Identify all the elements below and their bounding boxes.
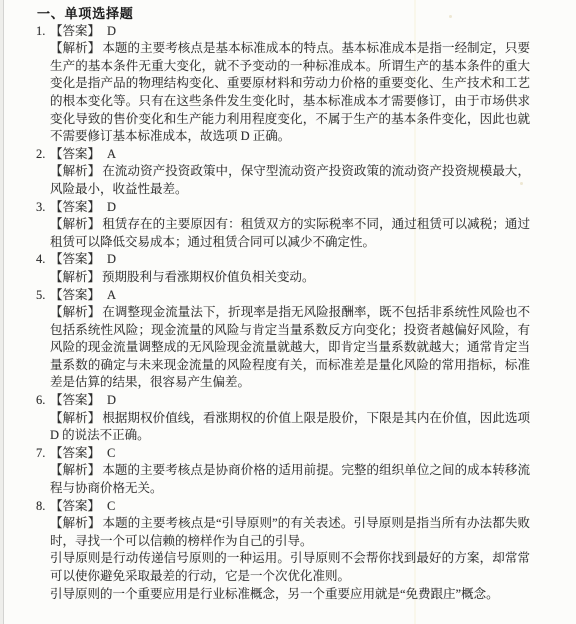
answer-item-6: 6.【答案】D 【解析】根据期权价值线，看涨期权的价值上限是股价，下限是其内在价… (50, 392, 530, 445)
answer-letter: D (107, 24, 116, 38)
document-content: 一、单项选择题 1.【答案】D 【解析】本题的主要考核点是基本标准成本的特点。基… (0, 0, 576, 603)
analysis-text: 预期股利与看涨期权价值负相关变动。 (102, 270, 315, 284)
analysis-label: 【解析】 (50, 41, 100, 55)
answer-item-3: 3.【答案】D 【解析】租赁存在的主要原因有：租赁双方的实际税率不同，通过租赁可… (50, 199, 530, 252)
answer-line: 5.【答案】A (50, 287, 530, 305)
analysis-paragraph: 【解析】预期股利与看涨期权价值负相关变动。 (50, 269, 530, 287)
item-number: 2. (36, 146, 45, 164)
answer-line: 6.【答案】D (50, 392, 530, 410)
item-number: 8. (36, 498, 45, 516)
item-number: 7. (36, 445, 45, 463)
answer-label: 【答案】 (50, 288, 100, 302)
analysis-paragraph: 【解析】本题的主要考核点是协商价格的适用前提。完整的组织单位之间的成本转移流程与… (50, 462, 530, 497)
answer-letter: A (107, 288, 116, 302)
item-number: 4. (36, 251, 45, 269)
answer-item-2: 2.【答案】A 【解析】在流动资产投资政策中，保守型流动资产投资政策的流动资产投… (50, 146, 530, 199)
analysis-text: 在流动资产投资政策中，保守型流动资产投资政策的流动资产投资规模最大，风险最小，收… (50, 164, 530, 196)
answer-label: 【答案】 (50, 252, 100, 266)
answer-letter: C (107, 446, 115, 460)
analysis-paragraph: 引导原则的一个重要应用是行业标准概念，另一个重要应用就是“免费跟庄”概念。 (50, 586, 530, 604)
analysis-label: 【解析】 (50, 411, 100, 425)
answer-letter: D (107, 252, 116, 266)
analysis-label: 【解析】 (50, 270, 100, 284)
analysis-label: 【解析】 (50, 305, 100, 319)
answer-letter: C (107, 499, 115, 513)
analysis-paragraph: 引导原则是行动传递信号原则的一种运用。引导原则不会帮你找到最好的方案，却常常可以… (50, 550, 530, 585)
item-number: 5. (36, 287, 45, 305)
answer-line: 2.【答案】A (50, 146, 530, 164)
analysis-label: 【解析】 (50, 217, 100, 231)
answer-line: 8.【答案】C (50, 498, 530, 516)
analysis-text: 引导原则的一个重要应用是行业标准概念，另一个重要应用就是“免费跟庄”概念。 (50, 587, 499, 601)
analysis-text: 本题的主要考核点是“引导原则”的有关表述。引导原则是指当所有办法都失败时，寻找一… (50, 516, 530, 548)
analysis-paragraph: 【解析】本题的主要考核点是“引导原则”的有关表述。引导原则是指当所有办法都失败时… (50, 515, 530, 550)
analysis-label: 【解析】 (50, 516, 100, 530)
analysis-paragraph: 【解析】在调整现金流量法下，折现率是指无风险报酬率，既不包括非系统性风险也不包括… (50, 304, 530, 392)
analysis-paragraph: 【解析】本题的主要考核点是基本标准成本的特点。基本标准成本是指一经制定，只要生产… (50, 40, 530, 146)
analysis-text: 本题的主要考核点是基本标准成本的特点。基本标准成本是指一经制定，只要生产的基本条… (50, 41, 530, 143)
scanned-answer-page: 一、单项选择题 1.【答案】D 【解析】本题的主要考核点是基本标准成本的特点。基… (0, 0, 576, 624)
answer-item-1: 1.【答案】D 【解析】本题的主要考核点是基本标准成本的特点。基本标准成本是指一… (50, 23, 530, 146)
answer-line: 4.【答案】D (50, 251, 530, 269)
answer-item-5: 5.【答案】A 【解析】在调整现金流量法下，折现率是指无风险报酬率，既不包括非系… (50, 287, 530, 393)
analysis-text: 租赁存在的主要原因有：租赁双方的实际税率不同，通过租赁可以减税；通过租赁可以降低… (50, 217, 530, 249)
analysis-label: 【解析】 (50, 164, 100, 178)
analysis-text: 在调整现金流量法下，折现率是指无风险报酬率，既不包括非系统性风险也不包括系统性风… (50, 305, 530, 389)
analysis-paragraph: 【解析】根据期权价值线，看涨期权的价值上限是股价，下限是其内在价值，因此选项 D… (50, 410, 530, 445)
analysis-text: 引导原则是行动传递信号原则的一种运用。引导原则不会帮你找到最好的方案，却常常可以… (50, 551, 530, 583)
analysis-text: 根据期权价值线，看涨期权的价值上限是股价，下限是其内在价值，因此选项 D 的说法… (50, 411, 530, 443)
answer-letter: D (107, 200, 116, 214)
analysis-paragraph: 【解析】租赁存在的主要原因有：租赁双方的实际税率不同，通过租赁可以减税；通过租赁… (50, 216, 530, 251)
answer-item-7: 7.【答案】C 【解析】本题的主要考核点是协商价格的适用前提。完整的组织单位之间… (50, 445, 530, 498)
answer-label: 【答案】 (50, 24, 100, 38)
answer-item-8: 8.【答案】C 【解析】本题的主要考核点是“引导原则”的有关表述。引导原则是指当… (50, 498, 530, 604)
answer-label: 【答案】 (50, 147, 100, 161)
answer-label: 【答案】 (50, 393, 100, 407)
answer-label: 【答案】 (50, 499, 100, 513)
answer-letter: D (107, 393, 116, 407)
analysis-paragraph: 【解析】在流动资产投资政策中，保守型流动资产投资政策的流动资产投资规模最大，风险… (50, 163, 530, 198)
answer-label: 【答案】 (50, 446, 100, 460)
section-title: 一、单项选择题 (37, 5, 530, 23)
answer-line: 7.【答案】C (50, 445, 530, 463)
analysis-label: 【解析】 (50, 463, 100, 477)
item-number: 3. (36, 199, 45, 217)
answer-letter: A (107, 147, 116, 161)
item-number: 6. (36, 392, 45, 410)
item-number: 1. (36, 23, 45, 41)
answer-line: 1.【答案】D (50, 23, 530, 41)
answer-label: 【答案】 (50, 200, 100, 214)
answer-line: 3.【答案】D (50, 199, 530, 217)
answer-item-4: 4.【答案】D 【解析】预期股利与看涨期权价值负相关变动。 (50, 251, 530, 286)
analysis-text: 本题的主要考核点是协商价格的适用前提。完整的组织单位之间的成本转移流程与协商价格… (50, 463, 530, 495)
